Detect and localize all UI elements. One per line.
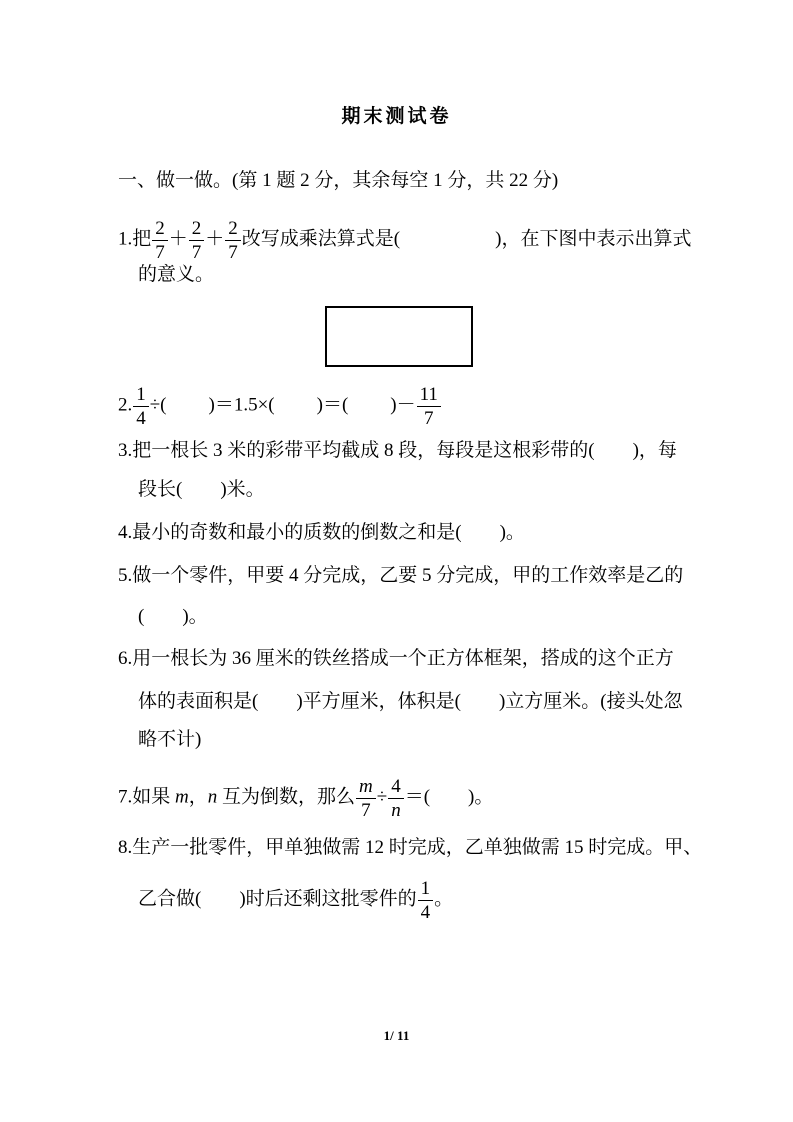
text-run: )，每 [633,440,677,461]
text-run: 4.最小的奇数和最小的质数的倒数之和是( [118,522,462,543]
fraction: 27 [224,218,242,262]
text-run: 。 [434,888,453,909]
question-4-line-1: 4.最小的奇数和最小的质数的倒数之和是()。 [118,520,525,546]
text-run: 乙合做( [138,888,201,909]
text-run: 7.如果 [118,786,175,807]
test-paper-page: 期末测试卷 一、做一做。(第 1 题 2 分，其余每空 1 分，共 22 分) … [0,0,793,1122]
text-run: 体的表面积是( [138,691,258,712]
fraction-numerator: 11 [417,384,441,407]
fraction-denominator: 4 [133,407,149,428]
question-6-line-3: 略不计) [138,727,201,753]
text-run: ( [138,606,144,627]
answer-blank [400,243,495,244]
fraction-numerator: 2 [152,218,168,241]
answer-blank [430,801,468,802]
text-run: ＋ [169,228,188,249]
text-run: )。 [182,606,207,627]
text-run: )时后还剩这批零件的 [239,888,416,909]
text-run: ＋ [205,228,224,249]
answer-blank [461,706,499,707]
fraction-denominator: 4 [418,901,434,922]
fraction-numerator: 1 [133,384,149,407]
text-run: m [175,786,189,807]
text-run: 段长( [138,479,182,500]
text-run: )＝1.5×( [209,394,275,415]
fraction-denominator: 7 [417,407,441,428]
question-3-line-2: 段长()米。 [138,477,265,503]
answer-blank [167,409,209,410]
text-run: ＝( [405,786,430,807]
answer-blank [258,706,296,707]
fraction-denominator: 7 [189,241,205,262]
text-run: ÷( [150,394,167,415]
text-run: 5.做一个零件，甲要 4 分完成，乙要 5 分完成，甲的工作效率是乙的 [118,565,683,586]
fraction-numerator: m [356,776,376,799]
text-run: 2. [118,394,132,415]
fraction: 117 [416,384,442,428]
text-run: )－ [390,394,415,415]
question-6-line-1: 6.用一根长为 36 厘米的铁丝搭成一个正方体框架，搭成的这个正方 [118,646,674,672]
page-number: 1/ 11 [0,1028,793,1044]
question-3-line-1: 3.把一根长 3 米的彩带平均截成 8 段，每段是这根彩带的()，每 [118,438,677,464]
question-1-line-2: 的意义。 [138,262,214,288]
answer-blank [182,494,220,495]
text-run: 8.生产一批零件，甲单独做需 12 时完成，乙单独做需 15 时完成。甲、 [118,837,702,858]
question-1-answer-box [325,306,473,367]
text-run: 6.用一根长为 36 厘米的铁丝搭成一个正方体框架，搭成的这个正方 [118,648,674,669]
question-7-line-1: 7.如果 m，n 互为倒数，那么m7÷4n＝()。 [118,776,493,820]
fraction-numerator: 2 [225,218,241,241]
fraction: 27 [188,218,206,262]
text-run: )米。 [220,479,264,500]
text-run: ， [189,786,208,807]
question-5-line-1: 5.做一个零件，甲要 4 分完成，乙要 5 分完成，甲的工作效率是乙的 [118,563,683,589]
fraction: 27 [151,218,169,262]
question-2-line-1: 2.14÷()＝1.5×()＝()－117 [118,384,442,428]
page-title: 期末测试卷 [0,104,793,130]
text-run: 略不计) [138,729,201,750]
text-run: 3.把一根长 3 米的彩带平均截成 8 段，每段是这根彩带的( [118,440,595,461]
question-6-line-2: 体的表面积是()平方厘米，体积是()立方厘米。(接头处忽 [138,689,683,715]
fraction-denominator: 7 [225,241,241,262]
fraction: 14 [417,878,435,922]
fraction: m7 [355,776,377,820]
fraction: 4n [387,776,405,820]
answer-blank [348,409,390,410]
answer-blank [275,409,317,410]
text-run: 互为倒数，那么 [217,786,355,807]
fraction-denominator: n [388,799,404,820]
text-run: )，在下图中表示出算式 [495,228,691,249]
fraction-denominator: 7 [152,241,168,262]
text-run: )。 [500,522,525,543]
fraction-numerator: 1 [418,878,434,901]
answer-blank [462,537,500,538]
question-5-line-2: ()。 [138,604,208,630]
fraction-numerator: 2 [189,218,205,241]
fraction-denominator: 7 [356,799,376,820]
question-8-line-1: 8.生产一批零件，甲单独做需 12 时完成，乙单独做需 15 时完成。甲、 [118,835,702,861]
text-run: 1.把 [118,228,151,249]
text-run: n [208,786,218,807]
text-run: )＝( [317,394,349,415]
answer-blank [595,455,633,456]
section-heading: 一、做一做。(第 1 题 2 分，其余每空 1 分，共 22 分) [118,168,558,194]
answer-blank [144,621,182,622]
question-1-line-1: 1.把27＋27＋27改写成乘法算式是()，在下图中表示出算式 [118,218,691,262]
text-run: 改写成乘法算式是( [242,228,400,249]
text-run: 的意义。 [138,264,214,285]
fraction: 14 [132,384,150,428]
question-8-line-2: 乙合做()时后还剩这批零件的14。 [138,878,453,922]
answer-blank [201,903,239,904]
text-run: )。 [468,786,493,807]
text-run: ÷ [377,786,387,807]
fraction-numerator: 4 [388,776,404,799]
text-run: )立方厘米。(接头处忽 [499,691,683,712]
text-run: )平方厘米，体积是( [296,691,461,712]
